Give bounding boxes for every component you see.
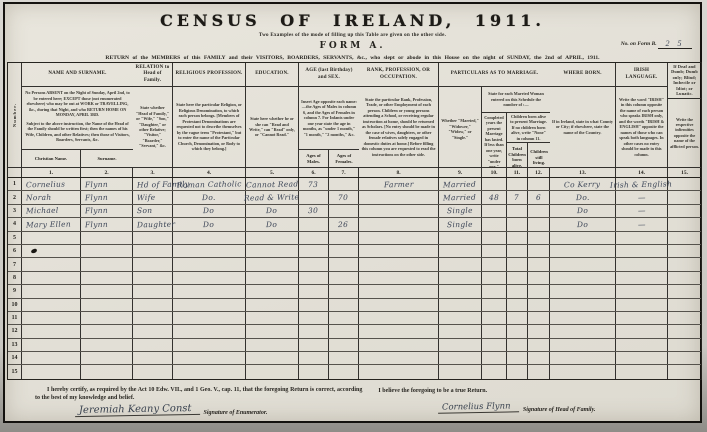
cell-age-females (329, 258, 359, 270)
age-column-header: AGE (last Birthday) and SEX. Insert Age … (299, 63, 359, 167)
cell-children-living (528, 299, 550, 311)
cell-age-males (299, 352, 329, 364)
cell-surname (81, 339, 133, 351)
handwritten-entry: Daughter (137, 219, 176, 229)
cell-education (246, 299, 299, 311)
cell-children-living (528, 258, 550, 270)
age-subheaders: Ages of Males. Ages of Females. (299, 149, 359, 167)
name-instructions: No Persons ABSENT on the Night of Sunday… (22, 87, 133, 149)
cell-surname (81, 299, 133, 311)
cell-christian-name: Michael (22, 205, 81, 217)
believe-text: I believe the foregoing to be a true Ret… (378, 388, 702, 394)
enumerator-signature: Jeremiah Keany Const (75, 403, 200, 417)
row-number: 12 (8, 325, 22, 337)
marital-status-subheader: Whether "Married," "Widower," "Widow," o… (439, 87, 482, 172)
years-married-instructions: Completed years the present Marriage has… (482, 113, 506, 172)
cell-christian-name: Cornelius (22, 178, 81, 190)
handwritten-entry: Cannot Read (246, 179, 299, 189)
ages-of-females-subheader: Ages of Females. (329, 150, 359, 167)
cell-age-females (329, 325, 359, 337)
colnum-10: 10. (482, 168, 507, 177)
cell-children-living (528, 245, 550, 257)
colnum-blank (8, 168, 22, 177)
cell-years-married (482, 245, 507, 257)
cell-infirmity (668, 285, 701, 297)
colnum-5: 5. (246, 168, 299, 177)
religion-title: RELIGIOUS PROFESSION. (173, 63, 245, 87)
name-instr-2: Subject to the above instruction, the Na… (24, 121, 131, 143)
cell-occupation (359, 191, 439, 203)
colnum-2: 2. (81, 168, 133, 177)
cell-relation (133, 258, 173, 270)
cell-age-females (329, 272, 359, 284)
cell-irish-language (616, 258, 668, 270)
where-born-instructions: If in Ireland, state in what County or C… (550, 87, 615, 167)
colnum-3: 3. (133, 168, 173, 177)
colnum-15: 15. (668, 168, 701, 177)
cell-christian-name (22, 339, 81, 351)
cell-years-married (482, 205, 507, 217)
cell-age-females (329, 285, 359, 297)
cell-age-males (299, 258, 329, 270)
cell-children-living (528, 218, 550, 230)
cell-children-born (507, 299, 528, 311)
cell-marital-status: Married (439, 191, 482, 203)
cell-years-married (482, 272, 507, 284)
cell-education (246, 245, 299, 257)
marital-status-instructions: Whether "Married," "Widower," "Widow," o… (439, 87, 481, 172)
cell-age-females (329, 245, 359, 257)
colnum-12: 12. (528, 168, 550, 177)
christian-name-subheader: Christian Name. (22, 150, 81, 167)
age-instructions: Insert Age opposite each name:—the Ages … (299, 87, 359, 149)
cell-surname (81, 312, 133, 324)
where-born-title: WHERE BORN. (550, 63, 615, 87)
table-header: Number. NAME AND SURNAME. No Persons ABS… (8, 63, 701, 167)
cell-surname (81, 325, 133, 337)
cell-irish-language (616, 272, 668, 284)
cell-infirmity (668, 325, 701, 337)
handwritten-entry: Flynn (85, 179, 108, 188)
cell-age-females (329, 299, 359, 311)
colnum-6: 6. (299, 168, 329, 177)
cell-infirmity (668, 218, 701, 230)
education-column-header: EDUCATION. State here whether he or she … (246, 63, 299, 167)
cell-age-females (329, 339, 359, 351)
head-signature-label: Signature of Head of Family. (523, 407, 596, 413)
infirmity-instructions: Write the respective infirmities opposit… (668, 99, 701, 167)
cell-irish-language (616, 312, 668, 324)
cell-children-living (528, 365, 550, 378)
cell-age-males (299, 218, 329, 230)
cell-occupation (359, 245, 439, 257)
page-title: CENSUS OF IRELAND, 1911. (5, 4, 700, 30)
row-number: 8 (8, 272, 22, 284)
row-number: 5 (8, 232, 22, 244)
cell-marital-status (439, 299, 482, 311)
cell-where-born (550, 245, 616, 257)
cell-marital-status (439, 232, 482, 244)
form-b-value-handwritten: 2 5 (658, 39, 692, 49)
cell-age-males (299, 339, 329, 351)
handwritten-entry: Michael (26, 206, 59, 216)
cell-christian-name (22, 365, 81, 378)
table-row: 2NorahFlynnWifeDo.Read & Write70Married4… (8, 191, 701, 204)
colnum-1: 1. (22, 168, 81, 177)
cell-religion: Do (173, 205, 246, 217)
cell-children-living (528, 272, 550, 284)
cell-children-born: 7 (507, 191, 528, 203)
married-woman-group: State for each Married Woman entered on … (482, 87, 550, 172)
row-number: 14 (8, 352, 22, 364)
cell-where-born (550, 312, 616, 324)
cell-education: Read & Write (246, 191, 299, 203)
table-row: 1CorneliusFlynnHd of FamilyRoman Catholi… (8, 178, 701, 191)
handwritten-entry: Cornelius (26, 179, 65, 189)
cell-years-married (482, 178, 507, 190)
education-instructions: State here whether he or she can "Read a… (246, 87, 298, 167)
cell-occupation (359, 258, 439, 270)
cell-relation (133, 232, 173, 244)
handwritten-entry: 73 (308, 180, 318, 189)
cell-children-born (507, 245, 528, 257)
cell-infirmity (668, 245, 701, 257)
cell-education: Do (246, 205, 299, 217)
infirmity-column-header: If Deaf and Dumb; Dumb only; Blind; Imbe… (668, 63, 701, 167)
head-signature-line: Cornelius Flynn Signature of Head of Fam… (378, 402, 702, 413)
handwritten-entry: 6 (536, 193, 541, 202)
colnum-13: 13. (550, 168, 616, 177)
cell-years-married (482, 232, 507, 244)
cell-education (246, 272, 299, 284)
cell-religion (173, 285, 246, 297)
marriage-title: PARTICULARS AS TO MARRIAGE. (439, 63, 550, 87)
cell-marital-status: Single (439, 218, 482, 230)
cell-irish-language: Irish & English (616, 178, 668, 190)
cell-where-born (550, 365, 616, 378)
row-number: 10 (8, 299, 22, 311)
return-instruction-line: RETURN of the MEMBERS of this FAMILY and… (5, 55, 700, 61)
cell-christian-name (22, 258, 81, 270)
table-row: 15 (8, 365, 701, 378)
table-row: 11 (8, 312, 701, 325)
cell-where-born: Do (550, 218, 616, 230)
cell-relation (133, 339, 173, 351)
cell-marital-status (439, 325, 482, 337)
cell-christian-name: Norah (22, 191, 81, 203)
cell-age-males (299, 299, 329, 311)
cell-education (246, 339, 299, 351)
cell-marital-status: Single (439, 205, 482, 217)
ages-of-males-subheader: Ages of Males. (299, 150, 329, 167)
cell-education (246, 285, 299, 297)
cell-children-born (507, 178, 528, 190)
cell-religion (173, 339, 246, 351)
number-column-header: Number. (8, 63, 22, 167)
cell-infirmity (668, 205, 701, 217)
cell-religion: Do. (173, 191, 246, 203)
cell-age-males (299, 285, 329, 297)
handwritten-entry: Mary Ellen (26, 219, 71, 229)
name-instr-1: No Persons ABSENT on the Night of Sunday… (24, 90, 131, 117)
handwritten-entry: 7 (514, 193, 519, 202)
cell-education (246, 312, 299, 324)
row-number: 13 (8, 339, 22, 351)
handwritten-entry: Read & Write (244, 193, 299, 203)
cell-age-females: 26 (329, 218, 359, 230)
cell-years-married (482, 325, 507, 337)
cell-age-males (299, 191, 329, 203)
cell-age-females: 70 (329, 191, 359, 203)
cell-age-females (329, 232, 359, 244)
cell-christian-name (22, 352, 81, 364)
cell-surname (81, 232, 133, 244)
cell-irish-language (616, 365, 668, 378)
colnum-9: 9. (439, 168, 482, 177)
cell-christian-name (22, 272, 81, 284)
cell-children-born (507, 218, 528, 230)
cell-education (246, 232, 299, 244)
cell-age-males (299, 325, 329, 337)
cell-christian-name: Mary Ellen (22, 218, 81, 230)
table-row: 14 (8, 352, 701, 365)
cell-occupation: Farmer (359, 178, 439, 190)
children-group: Children born alive to present Marriage.… (507, 113, 550, 172)
cell-surname: Flynn (81, 191, 133, 203)
handwritten-entry: Do (577, 220, 588, 229)
handwritten-entry: Do (203, 220, 214, 229)
cell-religion (173, 245, 246, 257)
cell-irish-language (616, 299, 668, 311)
cell-religion (173, 365, 246, 378)
cell-education: Cannot Read (246, 178, 299, 190)
handwritten-entry: Do (266, 206, 277, 215)
religion-instructions: State here the particular Religion, or R… (173, 87, 245, 167)
handwritten-entry: Flynn (85, 193, 108, 202)
row-number: 2 (8, 191, 22, 203)
cell-marital-status (439, 365, 482, 378)
table-row: 9 (8, 285, 701, 298)
census-form-scan: { "colors": { "paper": "#e6e3da", "print… (0, 0, 707, 432)
cell-children-born (507, 352, 528, 364)
cell-where-born: Co Kerry (550, 178, 616, 190)
handwritten-entry: Roman Catholic (177, 179, 242, 189)
cell-irish-language: — (616, 191, 668, 203)
examples-note: Two Examples of the mode of filling up t… (5, 33, 700, 38)
cell-religion (173, 325, 246, 337)
cell-years-married (482, 218, 507, 230)
column-numbers-row: 1. 2. 3. 4. 5. 6. 7. 8. 9. 10. 11. 12. 1… (8, 167, 701, 178)
cell-irish-language (616, 352, 668, 364)
cell-education (246, 325, 299, 337)
row-number: 11 (8, 312, 22, 324)
cell-occupation (359, 365, 439, 378)
row-number: 15 (8, 365, 22, 378)
cell-age-females (329, 365, 359, 378)
marriage-column-header: PARTICULARS AS TO MARRIAGE. Whether "Mar… (439, 63, 550, 167)
relation-column-header: RELATION to Head of Family. State whethe… (133, 63, 173, 167)
cell-infirmity (668, 352, 701, 364)
cell-religion (173, 299, 246, 311)
cell-years-married: 48 (482, 191, 507, 203)
cell-infirmity (668, 339, 701, 351)
irish-language-column-header: IRISH LANGUAGE. Write the word "IRISH" i… (616, 63, 668, 167)
table-row: 10 (8, 299, 701, 312)
handwritten-entry: Son (137, 206, 153, 215)
cell-age-males: 73 (299, 178, 329, 190)
cell-children-born (507, 325, 528, 337)
head-of-family-signature: Cornelius Flynn (438, 401, 519, 413)
cell-infirmity (668, 232, 701, 244)
cell-years-married (482, 352, 507, 364)
cell-christian-name (22, 312, 81, 324)
enumerator-signature-label: Signature of Enumerator. (204, 410, 268, 416)
table-row: 5 (8, 232, 701, 245)
cell-education (246, 365, 299, 378)
handwritten-entry: 26 (338, 220, 348, 229)
handwritten-entry: Do (577, 206, 588, 215)
cell-relation (133, 325, 173, 337)
cell-christian-name (22, 325, 81, 337)
handwritten-entry: Flynn (85, 206, 108, 215)
cell-occupation (359, 312, 439, 324)
cell-age-females (329, 352, 359, 364)
cell-where-born: Do. (550, 191, 616, 203)
cell-age-females (329, 178, 359, 190)
form-footer: I hereby certify, as required by the Act… (7, 380, 702, 422)
surname-subheader: Surname. (81, 150, 133, 167)
cell-irish-language (616, 285, 668, 297)
cell-children-living: 6 (528, 191, 550, 203)
cell-surname (81, 285, 133, 297)
cell-age-females (329, 312, 359, 324)
cell-children-born (507, 285, 528, 297)
cell-occupation (359, 352, 439, 364)
cell-occupation (359, 285, 439, 297)
cell-relation: Son (133, 205, 173, 217)
census-table: Number. NAME AND SURNAME. No Persons ABS… (7, 62, 702, 380)
cell-years-married (482, 312, 507, 324)
cell-children-living (528, 312, 550, 324)
cell-irish-language (616, 325, 668, 337)
cell-years-married (482, 299, 507, 311)
table-row: 4Mary EllenFlynnDaughterDoDo26SingleDo— (8, 218, 701, 231)
form-header: CENSUS OF IRELAND, 1911. Two Examples of… (5, 4, 700, 62)
cell-years-married (482, 339, 507, 351)
cell-christian-name (22, 285, 81, 297)
number-label-wrap: Number. (8, 63, 21, 167)
cell-surname (81, 365, 133, 378)
relation-instructions: State whether "Head of Family," or "Wife… (133, 87, 172, 167)
ink-blot (31, 248, 38, 253)
row-number: 1 (8, 178, 22, 190)
cell-marital-status (439, 245, 482, 257)
handwritten-entry: — (638, 220, 646, 229)
row-number: 9 (8, 285, 22, 297)
cell-age-males (299, 312, 329, 324)
cell-religion (173, 312, 246, 324)
occupation-instructions: State the particular Rank, Profession, T… (359, 87, 438, 167)
form-b-number: No. on Form B. 2 5 (621, 38, 692, 48)
cell-religion (173, 352, 246, 364)
occupation-column-header: RANK, PROFESSION, OR OCCUPATION. State t… (359, 63, 439, 167)
table-row: 7 (8, 258, 701, 271)
years-married-subheader: Completed years the present Marriage has… (482, 113, 507, 172)
religion-column-header: RELIGIOUS PROFESSION. State here the par… (173, 63, 246, 167)
cell-marital-status (439, 258, 482, 270)
cell-infirmity (668, 178, 701, 190)
irish-language-title: IRISH LANGUAGE. (616, 63, 667, 87)
cell-irish-language: — (616, 218, 668, 230)
cell-where-born (550, 272, 616, 284)
colnum-14: 14. (616, 168, 668, 177)
cell-where-born (550, 325, 616, 337)
handwritten-entry: 48 (489, 193, 499, 202)
cell-marital-status (439, 339, 482, 351)
cell-religion: Roman Catholic (173, 178, 246, 190)
handwritten-entry: Do (203, 206, 214, 215)
cell-relation (133, 365, 173, 378)
cell-infirmity (668, 272, 701, 284)
handwritten-entry: 30 (308, 206, 318, 215)
cell-relation: Hd of Family (133, 178, 173, 190)
cell-surname: Flynn (81, 178, 133, 190)
cell-infirmity (668, 299, 701, 311)
cell-children-born (507, 312, 528, 324)
handwritten-entry: Do. (202, 193, 216, 202)
cell-occupation (359, 272, 439, 284)
cell-relation: Daughter (133, 218, 173, 230)
cell-where-born (550, 285, 616, 297)
occupation-title: RANK, PROFESSION, OR OCCUPATION. (359, 63, 438, 87)
cell-occupation (359, 339, 439, 351)
colnum-8: 8. (359, 168, 439, 177)
cell-infirmity (668, 191, 701, 203)
cell-occupation (359, 299, 439, 311)
cell-marital-status (439, 312, 482, 324)
handwritten-entry: Single (447, 206, 473, 216)
cell-where-born (550, 339, 616, 351)
cell-infirmity (668, 258, 701, 270)
cell-children-living (528, 178, 550, 190)
handwritten-entry: Do. (576, 193, 590, 202)
cell-relation (133, 285, 173, 297)
cell-relation (133, 352, 173, 364)
marriage-subcolumns: Whether "Married," "Widower," "Widow," o… (439, 87, 550, 172)
cell-children-living (528, 205, 550, 217)
relation-title: RELATION to Head of Family. (133, 63, 172, 87)
cell-where-born (550, 352, 616, 364)
age-title: AGE (last Birthday) and SEX. (299, 63, 359, 87)
handwritten-entry: Wife (137, 193, 156, 202)
handwritten-entry: Married (443, 193, 476, 203)
cell-age-females (329, 205, 359, 217)
cell-education (246, 352, 299, 364)
cell-children-living (528, 285, 550, 297)
cell-education (246, 258, 299, 270)
cell-where-born (550, 232, 616, 244)
table-body: 1CorneliusFlynnHd of FamilyRoman Catholi… (8, 178, 701, 379)
table-row: 13 (8, 339, 701, 352)
name-subheaders: Christian Name. Surname. (22, 149, 133, 167)
cell-irish-language: — (616, 205, 668, 217)
cell-religion (173, 258, 246, 270)
table-row: 6 (8, 245, 701, 258)
table-row: 3MichaelFlynnSonDoDo30SingleDo— (8, 205, 701, 218)
cell-marital-status: Married (439, 178, 482, 190)
form-b-label: No. on Form B. (621, 41, 657, 47)
handwritten-entry: — (638, 193, 646, 202)
